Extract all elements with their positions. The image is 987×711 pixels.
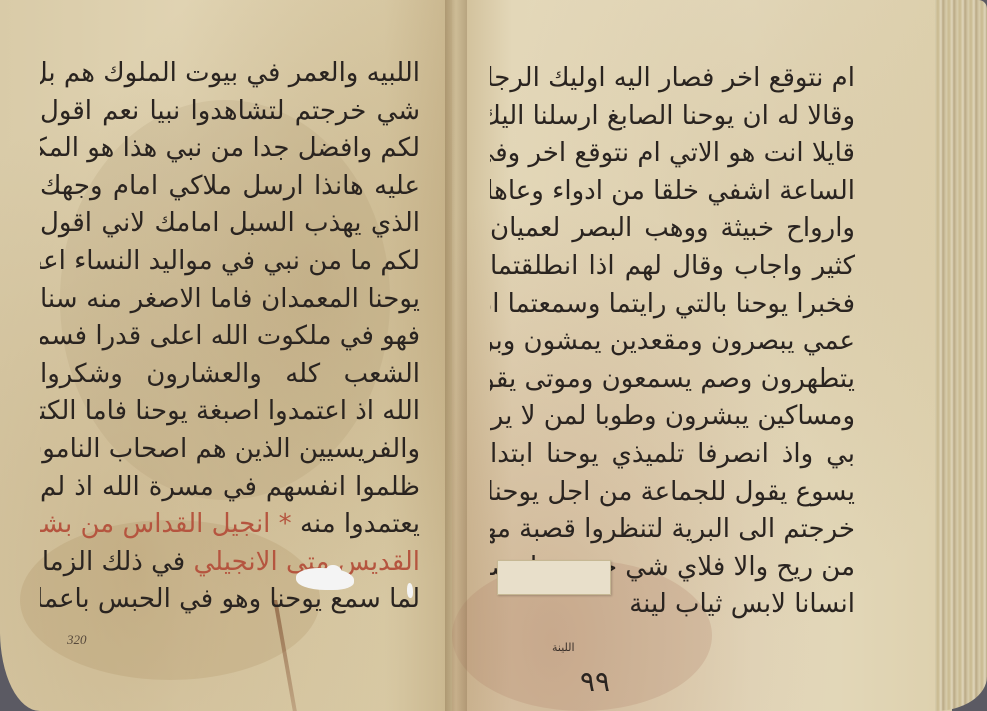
- text-line: ام نتوقع اخر فصار اليه اوليك الرجال: [490, 60, 855, 98]
- right-page-text: ام نتوقع اخر فصار اليه اوليك الرجال وقال…: [490, 60, 855, 624]
- text-line: لما سمع يوحنا وهو في الحبس باعمال يسوع: [40, 581, 420, 619]
- gutter: [445, 0, 467, 711]
- page-edges: [935, 0, 987, 711]
- text-line: عمي يبصرون ومقعدين يمشون وبرص: [490, 323, 855, 361]
- text-line: يوحنا المعمدان فاما الاصغر منه سنا: [40, 281, 420, 319]
- text-line: الساعة اشفي خلقا من ادواء وعاهات: [490, 173, 855, 211]
- catchword-mark: ٩٩: [580, 665, 610, 698]
- text-line: ومساكين يبشرون وطوبا لمن لا يرتاب: [490, 398, 855, 436]
- bottom-note: اللينة: [552, 641, 575, 654]
- paper-repair-patch: [497, 560, 611, 595]
- left-page-text: اللبيه والعمر في بيوت الملوك هم بل لاي ش…: [40, 55, 420, 619]
- text-segment: يعتمدوا منه: [300, 509, 420, 539]
- text-line: لكم ما من نبي في مواليد النساء اعظم من: [40, 243, 420, 281]
- text-line: عليه هانذا ارسل ملاكي امام وجهك: [40, 168, 420, 206]
- text-line: وارواح خبيثة ووهب البصر لعميان: [490, 210, 855, 248]
- text-line: الله اذ اعتمدوا اصبغة يوحنا فاما الكتاب: [40, 393, 420, 431]
- manuscript-spread: اللبيه والعمر في بيوت الملوك هم بل لاي ش…: [0, 0, 987, 711]
- text-line: خرجتم الى البرية لتنظروا قصبة مهتزة: [490, 511, 855, 549]
- rubric-segment: * انجيل القداس من بشارة: [40, 509, 292, 539]
- text-line: وقالا له ان يوحنا الصابغ ارسلنا اليك: [490, 98, 855, 136]
- text-line: قايلا انت هو الاتي ام نتوقع اخر وفي هذه: [490, 135, 855, 173]
- text-line: فهو في ملكوت الله اعلى قدرا فسمع: [40, 318, 420, 356]
- text-line: ظلموا انفسهم في مسرة الله اذ لم: [40, 469, 420, 507]
- text-line-mixed: القديس متى الانجيلي في ذلك الزمان: [40, 544, 420, 582]
- text-line: يتطهرون وصم يسمعون وموتى يقومون: [490, 361, 855, 399]
- text-line-mixed: يعتمدوا منه * انجيل القداس من بشارة: [40, 506, 420, 544]
- folio-number: 320: [67, 632, 87, 648]
- text-line: كثير واجاب وقال لهم اذا انطلقتما: [490, 248, 855, 286]
- paper-hole: [326, 565, 342, 579]
- text-segment: في ذلك الزمان: [40, 547, 185, 577]
- paper-hole: [407, 583, 413, 598]
- text-line: بي واذ انصرفا تلميذي يوحنا ابتدا: [490, 436, 855, 474]
- text-line: يسوع يقول للجماعة من اجل يوحنا لم: [490, 474, 855, 512]
- text-line: لكم وافضل جدا من نبي هذا هو المكتوب: [40, 130, 420, 168]
- text-line: شي خرجتم لتشاهدوا نبيا نعم اقول: [40, 93, 420, 131]
- text-line: فخبرا يوحنا بالتي رايتما وسمعتما ان: [490, 286, 855, 324]
- text-line: اللبيه والعمر في بيوت الملوك هم بل لاي: [40, 55, 420, 93]
- text-line: الشعب كله والعشارون وشكروا: [40, 356, 420, 394]
- text-line: الذي يهذب السبل امامك لاني اقول: [40, 205, 420, 243]
- text-line: والفريسيين الذين هم اصحاب الناموس: [40, 431, 420, 469]
- paper-hole: [296, 568, 354, 590]
